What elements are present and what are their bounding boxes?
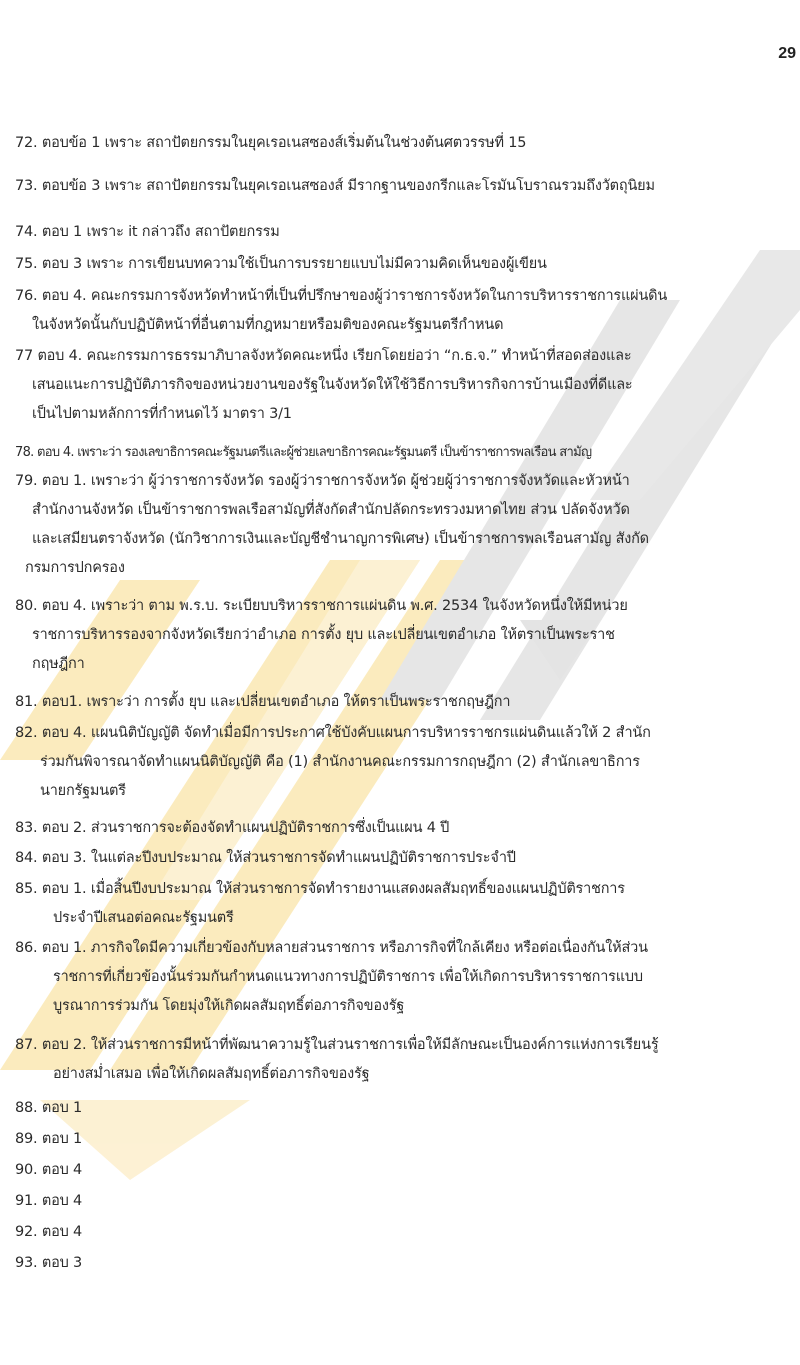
answer-item-84: 84. ตอบ 3. ในแต่ละปีงบประมาณ ให้ส่วนราชก… — [15, 844, 516, 873]
answer-item-87: 87. ตอบ 2. ให้ส่วนราชการมีหน้าที่พัฒนาคว… — [15, 1031, 658, 1089]
answer-item-86: 86. ตอบ 1. ภารกิจใดมีความเกี่ยวข้องกับหล… — [15, 934, 648, 1021]
answer-line: 77 ตอบ 4. คณะกรรมการธรรมาภิบาลจังหวัดคณะ… — [15, 342, 633, 371]
answer-line: 85. ตอบ 1. เมื่อสิ้นปีงบประมาณ ให้ส่วนรา… — [15, 875, 625, 904]
answer-line: 75. ตอบ 3 เพราะ การเขียนบทความใช้เป็นการ… — [15, 250, 547, 279]
answer-line: 79. ตอบ 1. เพราะว่า ผู้ว่าราชการจังหวัด … — [15, 467, 649, 496]
answer-line: ราชการบริหารรองจากจังหวัดเรียกว่าอำเภอ ก… — [15, 621, 628, 650]
answer-line: 80. ตอบ 4. เพราะว่า ตาม พ.ร.บ. ระเบียบบร… — [15, 592, 628, 621]
answer-line: 87. ตอบ 2. ให้ส่วนราชการมีหน้าที่พัฒนาคว… — [15, 1031, 658, 1060]
answer-item-75: 75. ตอบ 3 เพราะ การเขียนบทความใช้เป็นการ… — [15, 250, 547, 279]
answer-line: 73. ตอบข้อ 3 เพราะ สถาปัตยกรรมในยุคเรอเน… — [15, 172, 655, 201]
answer-item-92: 92. ตอบ 4 — [15, 1218, 82, 1247]
answer-line: 86. ตอบ 1. ภารกิจใดมีความเกี่ยวข้องกับหล… — [15, 934, 648, 963]
answer-line: 84. ตอบ 3. ในแต่ละปีงบประมาณ ให้ส่วนราชก… — [15, 844, 516, 873]
answer-line: 81. ตอบ1. เพราะว่า การตั้ง ยุบ และเปลี่ย… — [15, 688, 510, 717]
answer-item-93: 93. ตอบ 3 — [15, 1249, 82, 1278]
answer-line: 89. ตอบ 1 — [15, 1125, 82, 1154]
page-number: 29 — [778, 45, 796, 63]
answer-item-91: 91. ตอบ 4 — [15, 1187, 82, 1216]
answer-item-80: 80. ตอบ 4. เพราะว่า ตาม พ.ร.บ. ระเบียบบร… — [15, 592, 628, 679]
watermark-logo — [0, 0, 800, 1365]
answer-item-79: 79. ตอบ 1. เพราะว่า ผู้ว่าราชการจังหวัด … — [15, 467, 649, 583]
answer-line: 90. ตอบ 4 — [15, 1156, 82, 1185]
answer-line: สำนักงานจังหวัด เป็นข้าราชการพลเรือสามัญ… — [15, 496, 649, 525]
answer-item-77: 77 ตอบ 4. คณะกรรมการธรรมาภิบาลจังหวัดคณะ… — [15, 342, 633, 429]
answer-item-73: 73. ตอบข้อ 3 เพราะ สถาปัตยกรรมในยุคเรอเน… — [15, 172, 655, 201]
answer-item-76: 76. ตอบ 4. คณะกรรมการจังหวัดทำหน้าที่เป็… — [15, 282, 667, 340]
answer-item-78: 78. ตอบ 4. เพราะว่า รองเลขาธิการคณะรัฐมน… — [15, 438, 591, 467]
answer-line: 91. ตอบ 4 — [15, 1187, 82, 1216]
answer-line: อย่างสม่ำเสมอ เพื่อให้เกิดผลสัมฤทธิ์ต่อภ… — [15, 1060, 658, 1089]
answer-line: 72. ตอบข้อ 1 เพราะ สถาปัตยกรรมในยุคเรอเน… — [15, 129, 526, 158]
answer-line: 93. ตอบ 3 — [15, 1249, 82, 1278]
answer-item-81: 81. ตอบ1. เพราะว่า การตั้ง ยุบ และเปลี่ย… — [15, 688, 510, 717]
answer-line: 82. ตอบ 4. แผนนิติบัญญัติ จัดทำเมื่อมีกา… — [15, 719, 651, 748]
answer-line: กฤษฎีกา — [15, 650, 628, 679]
answer-line: 78. ตอบ 4. เพราะว่า รองเลขาธิการคณะรัฐมน… — [15, 438, 591, 467]
answer-item-88: 88. ตอบ 1 — [15, 1094, 82, 1123]
answer-line: ประจำปีเสนอต่อคณะรัฐมนตรี — [15, 904, 625, 933]
answer-item-83: 83. ตอบ 2. ส่วนราชการจะต้องจัดทำแผนปฏิบั… — [15, 814, 449, 843]
answer-line: และเสมียนตราจังหวัด (นักวิชาการเงินและบั… — [15, 525, 649, 554]
answer-item-72: 72. ตอบข้อ 1 เพราะ สถาปัตยกรรมในยุคเรอเน… — [15, 129, 526, 158]
answer-line: ร่วมกันพิจารณาจัดทำแผนนิติบัญญัติ คือ (1… — [15, 748, 651, 777]
answer-item-74: 74. ตอบ 1 เพราะ it กล่าวถึง สถาปัตยกรรม — [15, 218, 280, 247]
answer-line: 76. ตอบ 4. คณะกรรมการจังหวัดทำหน้าที่เป็… — [15, 282, 667, 311]
answer-item-85: 85. ตอบ 1. เมื่อสิ้นปีงบประมาณ ให้ส่วนรา… — [15, 875, 625, 933]
answer-line: กรมการปกครอง — [15, 554, 649, 583]
answer-line: นายกรัฐมนตรี — [15, 777, 651, 806]
answer-item-89: 89. ตอบ 1 — [15, 1125, 82, 1154]
answer-line: 83. ตอบ 2. ส่วนราชการจะต้องจัดทำแผนปฏิบั… — [15, 814, 449, 843]
answer-line: ในจังหวัดนั้นกับปฏิบัติหน้าที่อื่นตามที่… — [15, 311, 667, 340]
answer-line: เสนอแนะการปฏิบัติภารกิจของหน่วยงานของรัฐ… — [15, 371, 633, 400]
answer-line: บูรณาการร่วมกัน โดยมุ่งให้เกิดผลสัมฤทธิ์… — [15, 992, 648, 1021]
answer-item-90: 90. ตอบ 4 — [15, 1156, 82, 1185]
answer-line: ราชการที่เกี่ยวข้องนั้นร่วมกันกำหนดแนวทา… — [15, 963, 648, 992]
answer-line: 88. ตอบ 1 — [15, 1094, 82, 1123]
answer-line: 92. ตอบ 4 — [15, 1218, 82, 1247]
answer-line: เป็นไปตามหลักการที่กำหนดไว้ มาตรา 3/1 — [15, 400, 633, 429]
answer-line: 74. ตอบ 1 เพราะ it กล่าวถึง สถาปัตยกรรม — [15, 218, 280, 247]
answer-item-82: 82. ตอบ 4. แผนนิติบัญญัติ จัดทำเมื่อมีกา… — [15, 719, 651, 806]
